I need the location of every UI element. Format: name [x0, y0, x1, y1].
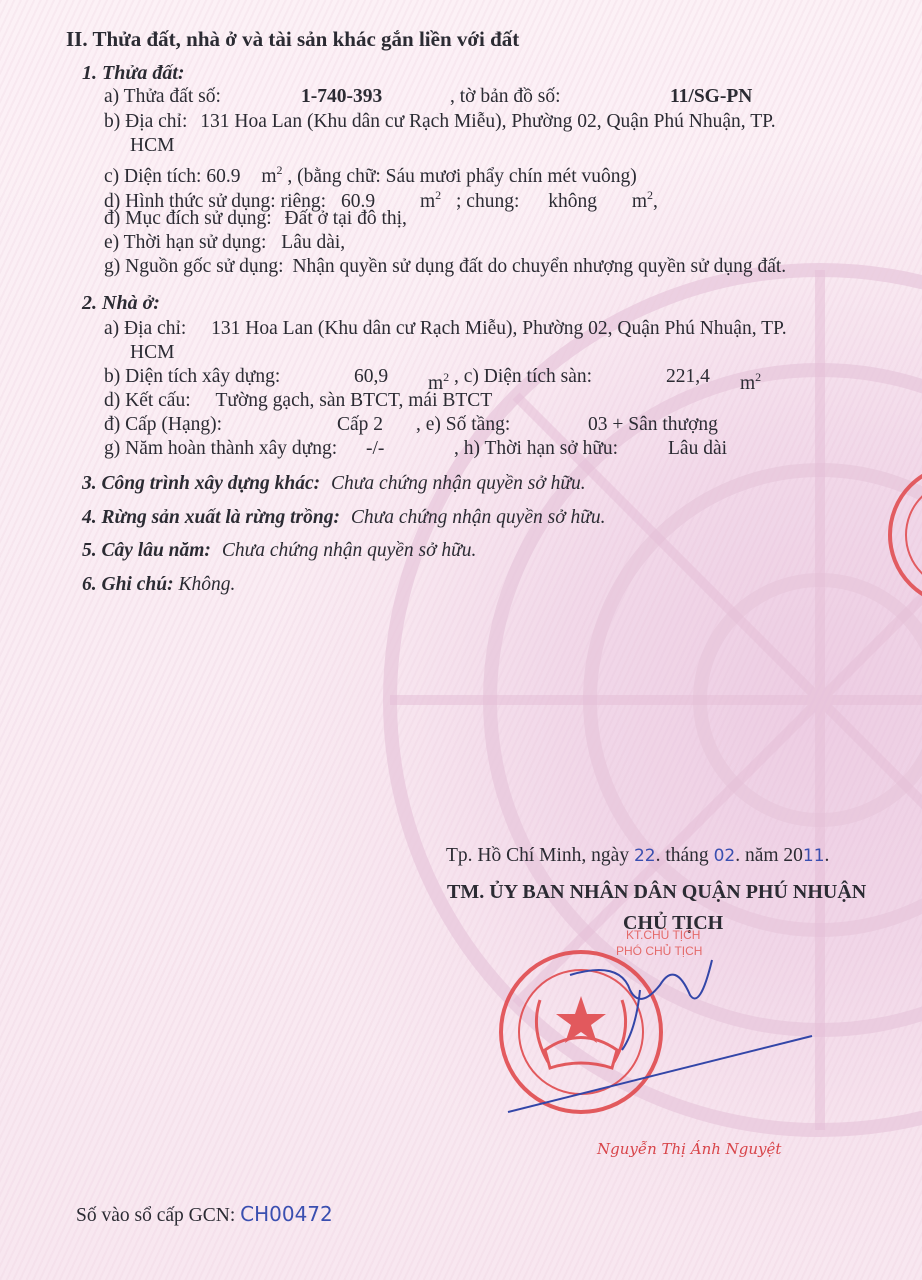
registry-label: Số vào sổ cấp GCN: — [76, 1205, 235, 1226]
registry-number: CH00472 — [240, 1202, 333, 1226]
edge-stamp — [890, 465, 922, 605]
registry-row: Số vào sổ cấp GCN: CH00472 — [76, 1203, 333, 1227]
seal-and-signature — [0, 0, 922, 1280]
signer-name: Nguyễn Thị Ánh Nguyệt — [597, 1138, 781, 1160]
official-red-seal — [501, 952, 661, 1112]
